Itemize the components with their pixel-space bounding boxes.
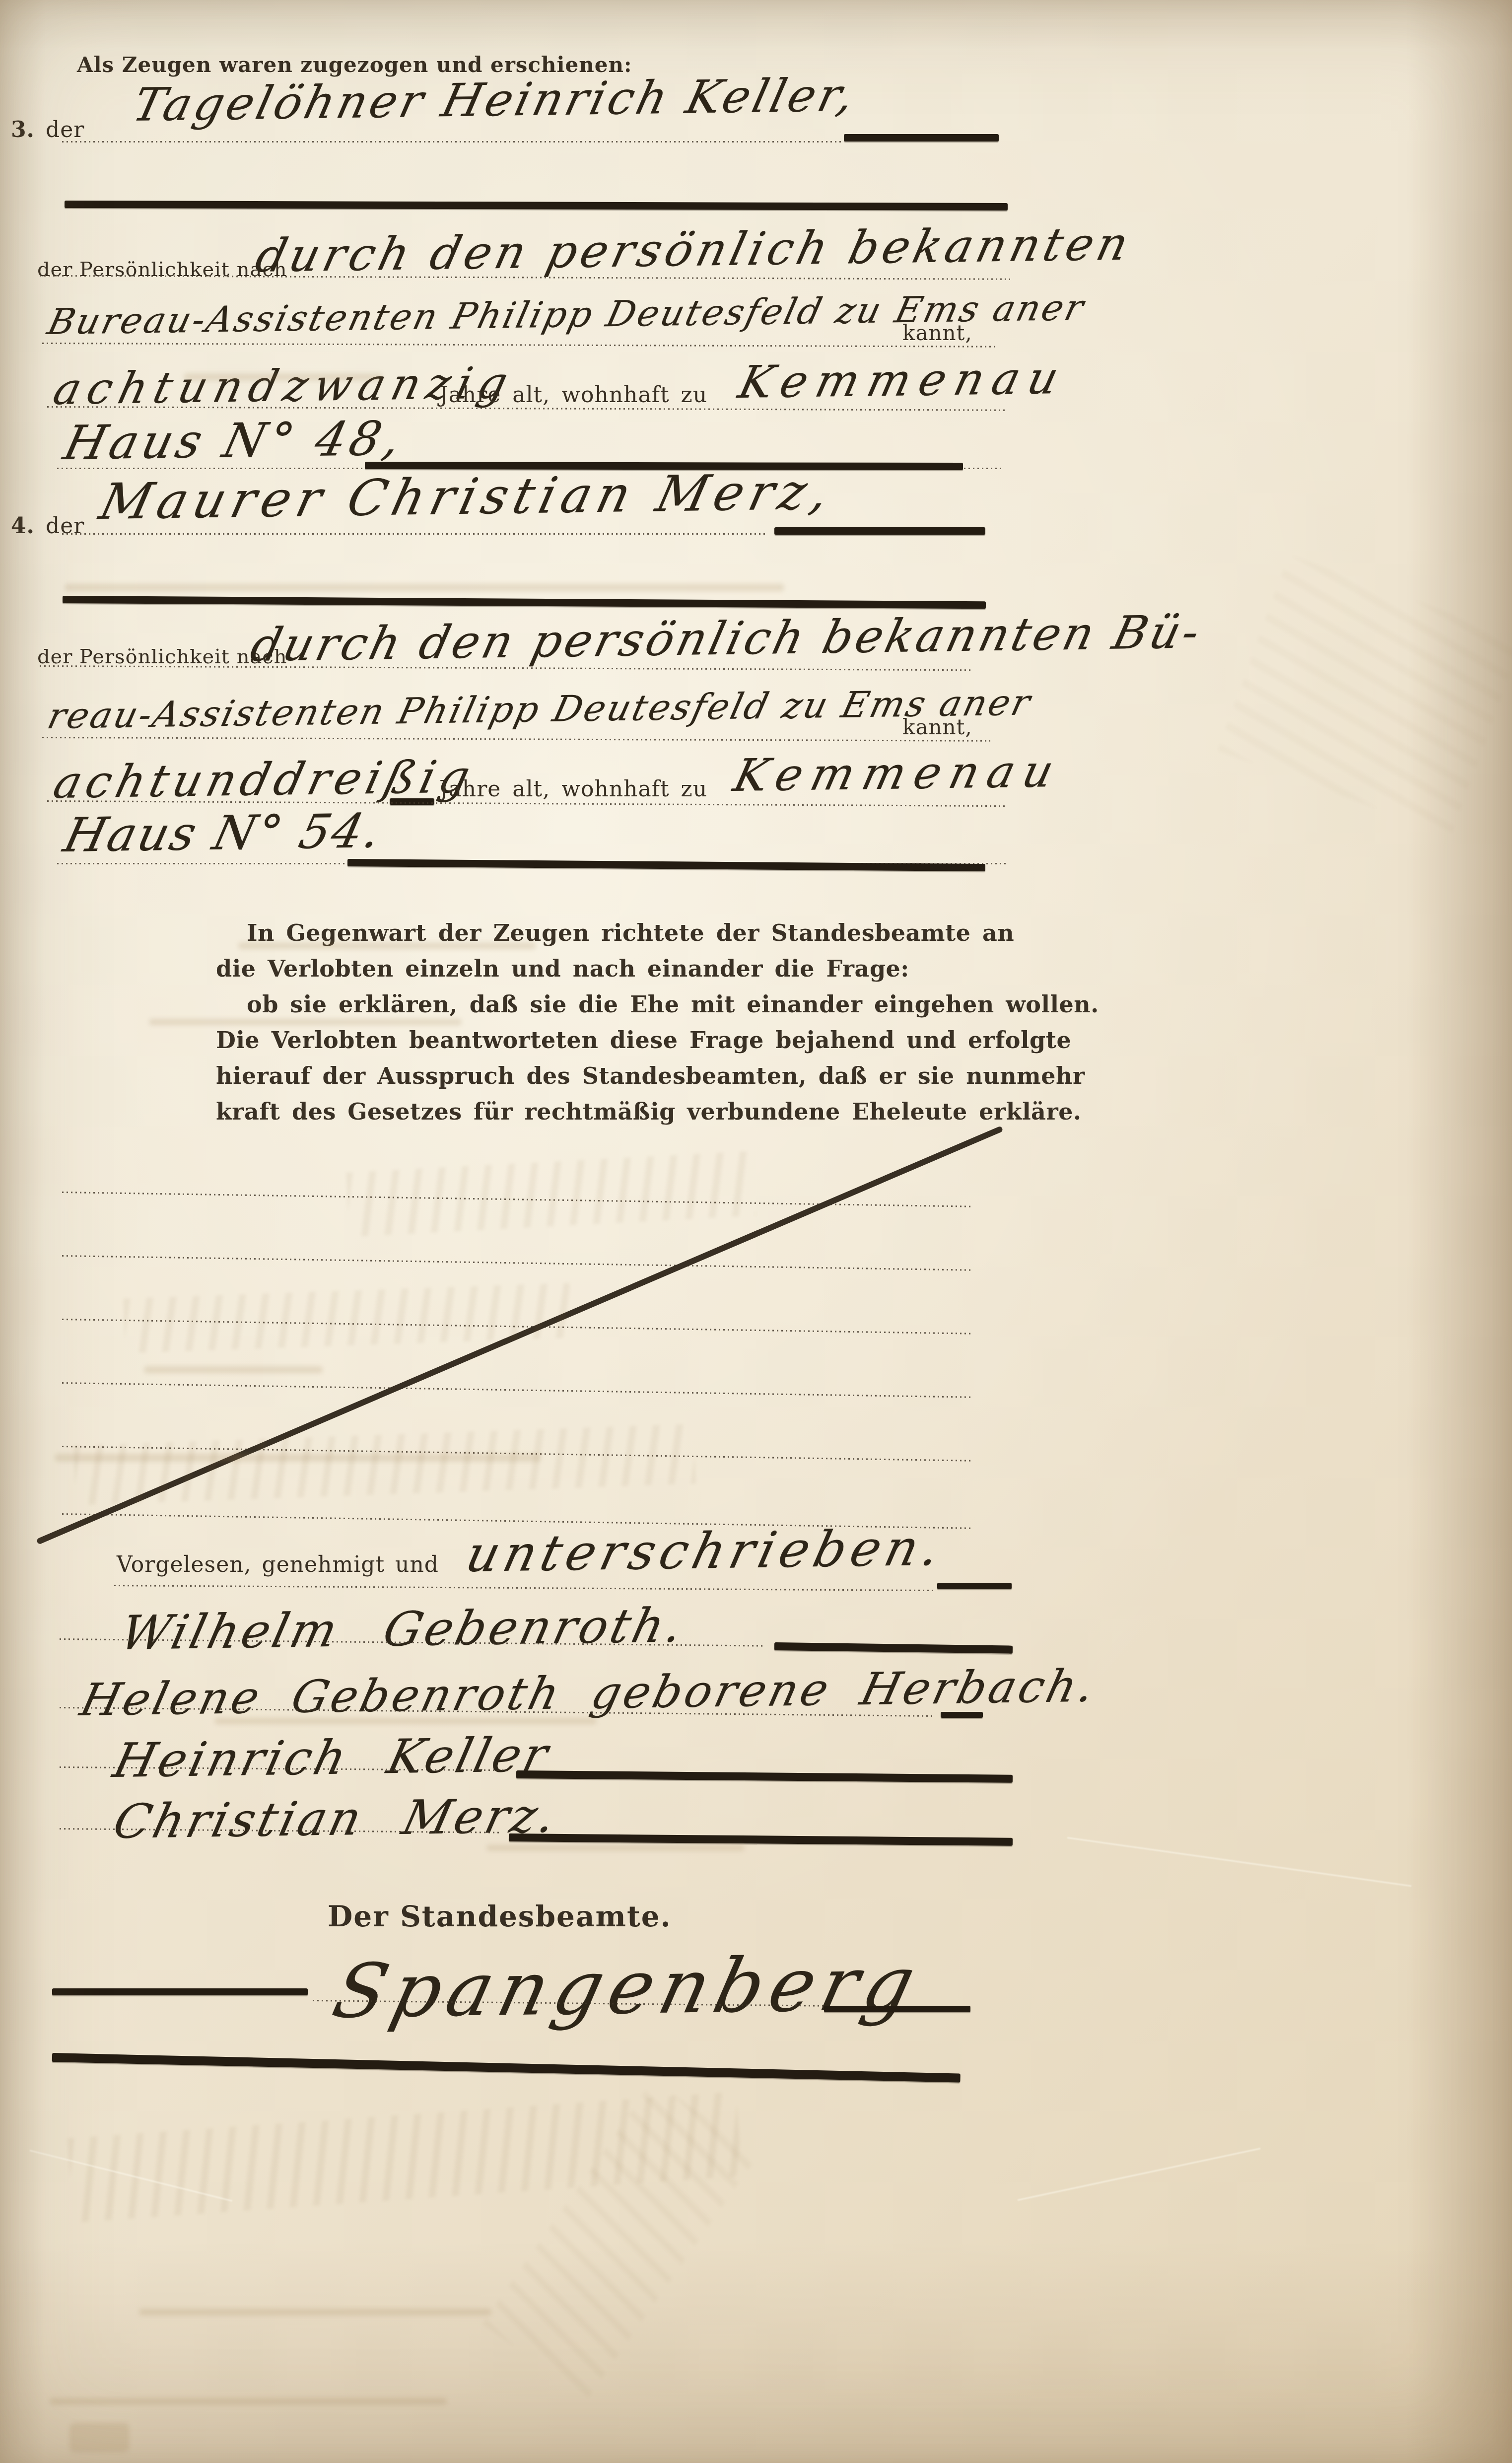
declaration-line: Die Verlobten beantworteten diese Frage … — [216, 1027, 1099, 1062]
closing-handwritten: unterschrieben. — [461, 1519, 951, 1583]
declaration-line: In Gegenwart der Zeugen richtete der Sta… — [216, 919, 1099, 955]
signature-2-filler-dash — [941, 1712, 983, 1718]
declaration-line: hierauf der Ausspruch des Standesbeamten… — [216, 1062, 1099, 1098]
blank-dotted-line — [62, 1319, 973, 1335]
blank-dotted-line — [62, 1382, 973, 1398]
witness-4-article: der — [46, 513, 84, 539]
paper-smudge — [65, 584, 784, 591]
ink-bleedthrough-ghost — [68, 2092, 742, 2223]
witness-3-identity-suffix: kannt, — [902, 321, 972, 345]
signature-3-filler-dash — [516, 1770, 1013, 1783]
paper-crease — [1018, 2148, 1261, 2201]
signature-4-filler-dash — [509, 1833, 1013, 1846]
closing-dotted-line — [114, 1585, 933, 1591]
witness-4-index: 4. — [11, 513, 35, 539]
witness-4-identity-suffix: kannt, — [902, 715, 972, 739]
ink-bleedthrough-ghost — [482, 2080, 758, 2398]
signature-1-filler-dash — [774, 1642, 1013, 1654]
witness-3-name-filler-dash — [844, 134, 999, 141]
ink-bleedthrough-ghost — [73, 1424, 695, 1505]
paper-smudge — [144, 1366, 323, 1373]
witness-4-separator-rule — [63, 596, 986, 609]
paper-crease — [30, 2150, 232, 2202]
witness-3-age-label: Jahre alt, wohnhaft zu — [439, 382, 707, 408]
witness-4-name-dotted-line — [62, 533, 767, 535]
cancellation-diagonal-line — [36, 1126, 1004, 1545]
witness-3-identity-dotted-line-2 — [42, 343, 998, 348]
witness-3-name-dotted-line — [62, 141, 844, 142]
witness-4-identity-dotted-line-2 — [42, 737, 990, 742]
witness-3-house-handwritten: Haus N° 48, — [59, 412, 410, 471]
closing-filler-dash — [937, 1583, 1012, 1589]
witness-3-index: 3. — [11, 117, 35, 142]
registrar-bottom-rule — [52, 2053, 961, 2083]
witness-4-house-handwritten: Haus N° 54. — [59, 804, 388, 863]
paper-crease — [1067, 1837, 1412, 1887]
witness-4-name-filler-dash — [774, 527, 985, 535]
witness-3-identity-handwritten-1: durch den persönlich bekannten — [251, 217, 1137, 282]
witness-4-identity-handwritten-1: durch den persönlich bekannten Bü- — [246, 605, 1208, 672]
witness-4-residence-handwritten: Kemmenau — [729, 745, 1068, 802]
paper-smudge — [486, 1845, 745, 1851]
declaration-line: kraft des Gesetzes für rechtmäßig verbun… — [216, 1098, 1099, 1134]
witness-3-separator-rule — [65, 201, 1008, 211]
blank-dotted-line — [62, 1255, 973, 1271]
paper-smudge — [50, 2398, 447, 2405]
witness-3-residence-handwritten: Kemmenau — [734, 352, 1073, 409]
paper-smudge — [149, 1019, 462, 1025]
witness-4-age-label: Jahre alt, wohnhaft zu — [439, 776, 707, 802]
declaration-paragraph: In Gegenwart der Zeugen richtete der Sta… — [216, 919, 1099, 1134]
ink-bleedthrough-ghost — [1218, 555, 1512, 836]
witness-4-house-filler-dash — [347, 859, 985, 871]
witness-4-name-handwritten: Maurer Christian Merz, — [94, 462, 840, 531]
declaration-line: die Verlobten einzeln und nach einander … — [216, 955, 1099, 991]
registrar-right-dash — [824, 2006, 970, 2012]
witness-4-age-filler-dash — [390, 798, 434, 805]
witness-3-article: der — [46, 117, 84, 142]
witness-3-name-handwritten: Tagelöhner Heinrich Keller, — [128, 69, 862, 132]
closing-printed: Vorgelesen, genehmigt und — [117, 1552, 439, 1577]
paper-smudge — [238, 942, 536, 949]
signature-witness-groom: Wilhelm Gebenroth. — [115, 1598, 691, 1661]
signature-witness-keller: Heinrich Keller — [108, 1728, 556, 1788]
paper-smudge — [184, 373, 382, 381]
signature-witness-merz: Christian Merz. — [108, 1789, 564, 1849]
paper-stain — [69, 2423, 129, 2453]
registrar-title: Der Standesbeamte. — [328, 1900, 672, 1933]
witness-3-identity-label: der Persönlichkeit nach — [37, 258, 287, 281]
witness-4-identity-handwritten-2: reau-Assistenten Philipp Deutesfeld zu E… — [44, 681, 1036, 737]
registrar-signature-handwritten: Spangenberg — [325, 1941, 930, 2035]
paper-smudge — [55, 1454, 541, 1462]
registrar-left-dash — [52, 1988, 308, 1995]
ink-bleedthrough-ghost — [346, 1151, 756, 1237]
paper-smudge — [214, 1718, 597, 1724]
paper-smudge — [139, 2309, 491, 2316]
marriage-register-page: Als Zeugen waren zugezogen und erschiene… — [0, 0, 1512, 2463]
